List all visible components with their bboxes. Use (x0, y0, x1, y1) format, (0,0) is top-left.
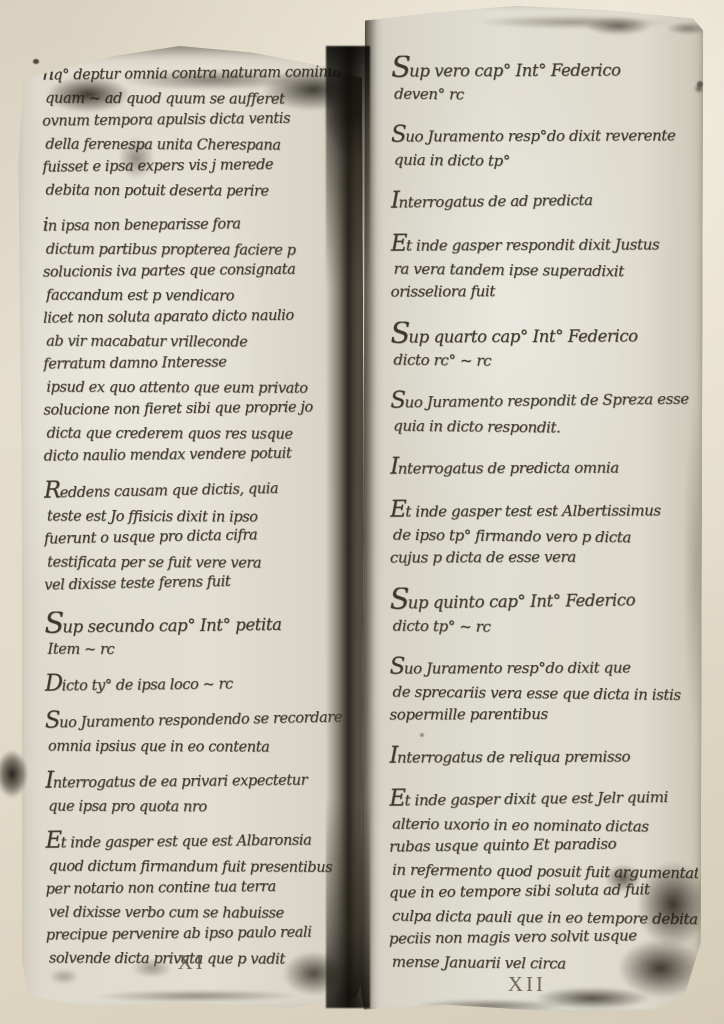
left-page: nq° deptur omnia contra naturam comintaq… (18, 45, 366, 1008)
manuscript-line: Sup quinto cap° Int° Federico (390, 584, 696, 615)
manuscript-paragraph: in ipsa non beneparisse foradictum parti… (43, 212, 356, 468)
manuscript-line: Suo Juramento resp°do dixit reverente (391, 122, 697, 148)
manuscript-line: que ipsa pro quota nro (48, 796, 360, 820)
manuscript-paragraph: Sup quinto cap° Int° Federicodicto tp° ~… (390, 588, 696, 639)
manuscript-line: dicto naulio mendax vendere potuit (44, 442, 356, 469)
manuscript-paragraph: Suo Juramento resp°do dixit quede spreca… (389, 656, 695, 728)
manuscript-line: per notario non contine tua terra (45, 875, 357, 902)
right-page-text: Sup vero cap° Int° Federicodeven° rcSuo … (361, 6, 704, 975)
manuscript-line: Item ~ rc (47, 639, 359, 663)
manuscript-line: orisseliora fuit (391, 279, 697, 303)
manuscript-paragraph: Suo Juramento respondit de Spreza essequ… (390, 390, 696, 439)
manuscript-line: ferratum damno Interesse (43, 350, 355, 377)
manuscript-line: ovnum tempora apulsis dicta ventis (42, 107, 354, 134)
manuscript-line: Sup quarto cap° Int° Federico (390, 320, 696, 348)
manuscript-line: vel dixisse teste ferens fuit (44, 568, 356, 597)
manuscript-line: quia in dicto respondit. (393, 415, 699, 441)
manuscript-line: Dicto ty° de ipsa loco ~ rc (45, 669, 357, 699)
ink-speck (697, 81, 703, 87)
ink-speck (420, 733, 424, 737)
manuscript-line: deven° rc (394, 83, 700, 109)
manuscript-line: que in eo tempore sibi soluta ad fuit (389, 878, 695, 905)
manuscript-line: solucione non fieret sibi que proprie jo (43, 396, 355, 423)
manuscript-paragraph: Interrogatus de reliqua premisso (389, 745, 695, 771)
manuscript-photo-plate: nq° deptur omnia contra naturam comintaq… (0, 0, 724, 1024)
manuscript-line: Interrogatus de predicta omnia (390, 454, 696, 480)
manuscript-line: debita non potuit deserta perire (45, 180, 357, 204)
manuscript-paragraph: Interrogatus de ad predicta (391, 190, 697, 216)
manuscript-line: Et inde gasper respondit dixit Justus (391, 231, 697, 257)
manuscript-paragraph: Reddens causam que dictis, quiateste est… (44, 478, 357, 597)
manuscript-paragraph: Sup vero cap° Int° Federicodeven° rc (391, 56, 697, 107)
left-page-text: nq° deptur omnia contra naturam comintaq… (18, 45, 366, 970)
right-page: Sup vero cap° Int° Federicodeven° rcSuo … (361, 6, 704, 1013)
manuscript-line: sopermille parentibus (389, 702, 695, 726)
ink-speck (33, 59, 39, 64)
binding-gutter-shadow (326, 46, 370, 1008)
manuscript-line: omnia ipsius que in eo contenta (48, 736, 360, 760)
manuscript-line: fuisset e ipsa expers vis j merede (42, 153, 354, 180)
manuscript-line: Reddens causam que dictis, quia (44, 473, 356, 505)
manuscript-line: solucionis iva partes que consignata (43, 258, 355, 285)
manuscript-paragraph: Et inde gasper test est Albertissimusde … (390, 499, 696, 571)
manuscript-paragraph: Sup secundo cap° Int° petitaItem ~ rc (44, 610, 356, 661)
manuscript-paragraph: Interrogatus de predicta omnia (390, 456, 696, 482)
manuscript-paragraph: Sup quarto cap° Int° Federicodicto rc° ~… (390, 322, 696, 373)
manuscript-line: Interrogatus de reliqua premisso (389, 743, 695, 769)
manuscript-line: dicto tp° ~ rc (393, 615, 699, 641)
manuscript-line: cujus p dicta de esse vera (390, 545, 696, 569)
manuscript-paragraph: Et inde gasper respondit dixit Justusra … (391, 233, 697, 305)
manuscript-line: nq° deptur omnia contra naturam cominta (42, 59, 354, 88)
manuscript-line: Suo Juramento resp°do dixit que (390, 654, 696, 680)
manuscript-line: fuerunt o usque pro dicta cifra (44, 522, 356, 551)
left-page-number: XI (178, 950, 206, 975)
manuscript-line: Interrogatus de ea privari expectetur (45, 766, 357, 796)
manuscript-paragraph: Suo Juramento respondendo se recordareom… (45, 708, 357, 758)
right-page-number: XII (508, 972, 546, 997)
manuscript-paragraph: nq° deptur omnia contra naturam comintaq… (42, 61, 355, 202)
manuscript-line: Suo Juramento respondit de Spreza esse (390, 386, 696, 415)
manuscript-line: Suo Juramento respondendo se recordare (45, 703, 357, 735)
manuscript-line: quia in dicto tp° (394, 149, 700, 175)
manuscript-line: rubas usque quinto Et paradiso (389, 832, 695, 859)
manuscript-line: Sup vero cap° Int° Federico (391, 54, 697, 82)
manuscript-line: dicto rc° ~ rc (393, 349, 699, 375)
manuscript-line: peciis non magis vero solvit usque (389, 924, 695, 951)
manuscript-line: Interrogatus de ad predicta (391, 186, 697, 215)
manuscript-paragraph: Suo Juramento resp°do dixit reverentequi… (391, 124, 697, 173)
manuscript-paragraph: Et inde gasper dixit que est Jelr quimia… (389, 788, 695, 975)
manuscript-line: Et inde gasper dixit que est Jelr quimi (389, 784, 695, 813)
manuscript-line: Et inde gasper est que est Albaronsia (45, 826, 357, 856)
manuscript-line: licet non soluta aparato dicto naulio (43, 304, 355, 331)
manuscript-paragraph: Dicto ty° de ipsa loco ~ rc (45, 671, 357, 698)
manuscript-line: Et inde gasper test est Albertissimus (390, 497, 696, 523)
manuscript-line: in ipsa non beneparisse fora (43, 210, 355, 239)
manuscript-line: Sup secundo cap° Int° petita (44, 608, 356, 639)
manuscript-line: precipue pervenire ab ipso paulo reali (46, 921, 358, 948)
manuscript-paragraph: Interrogatus de ea privari expecteturque… (45, 768, 357, 818)
